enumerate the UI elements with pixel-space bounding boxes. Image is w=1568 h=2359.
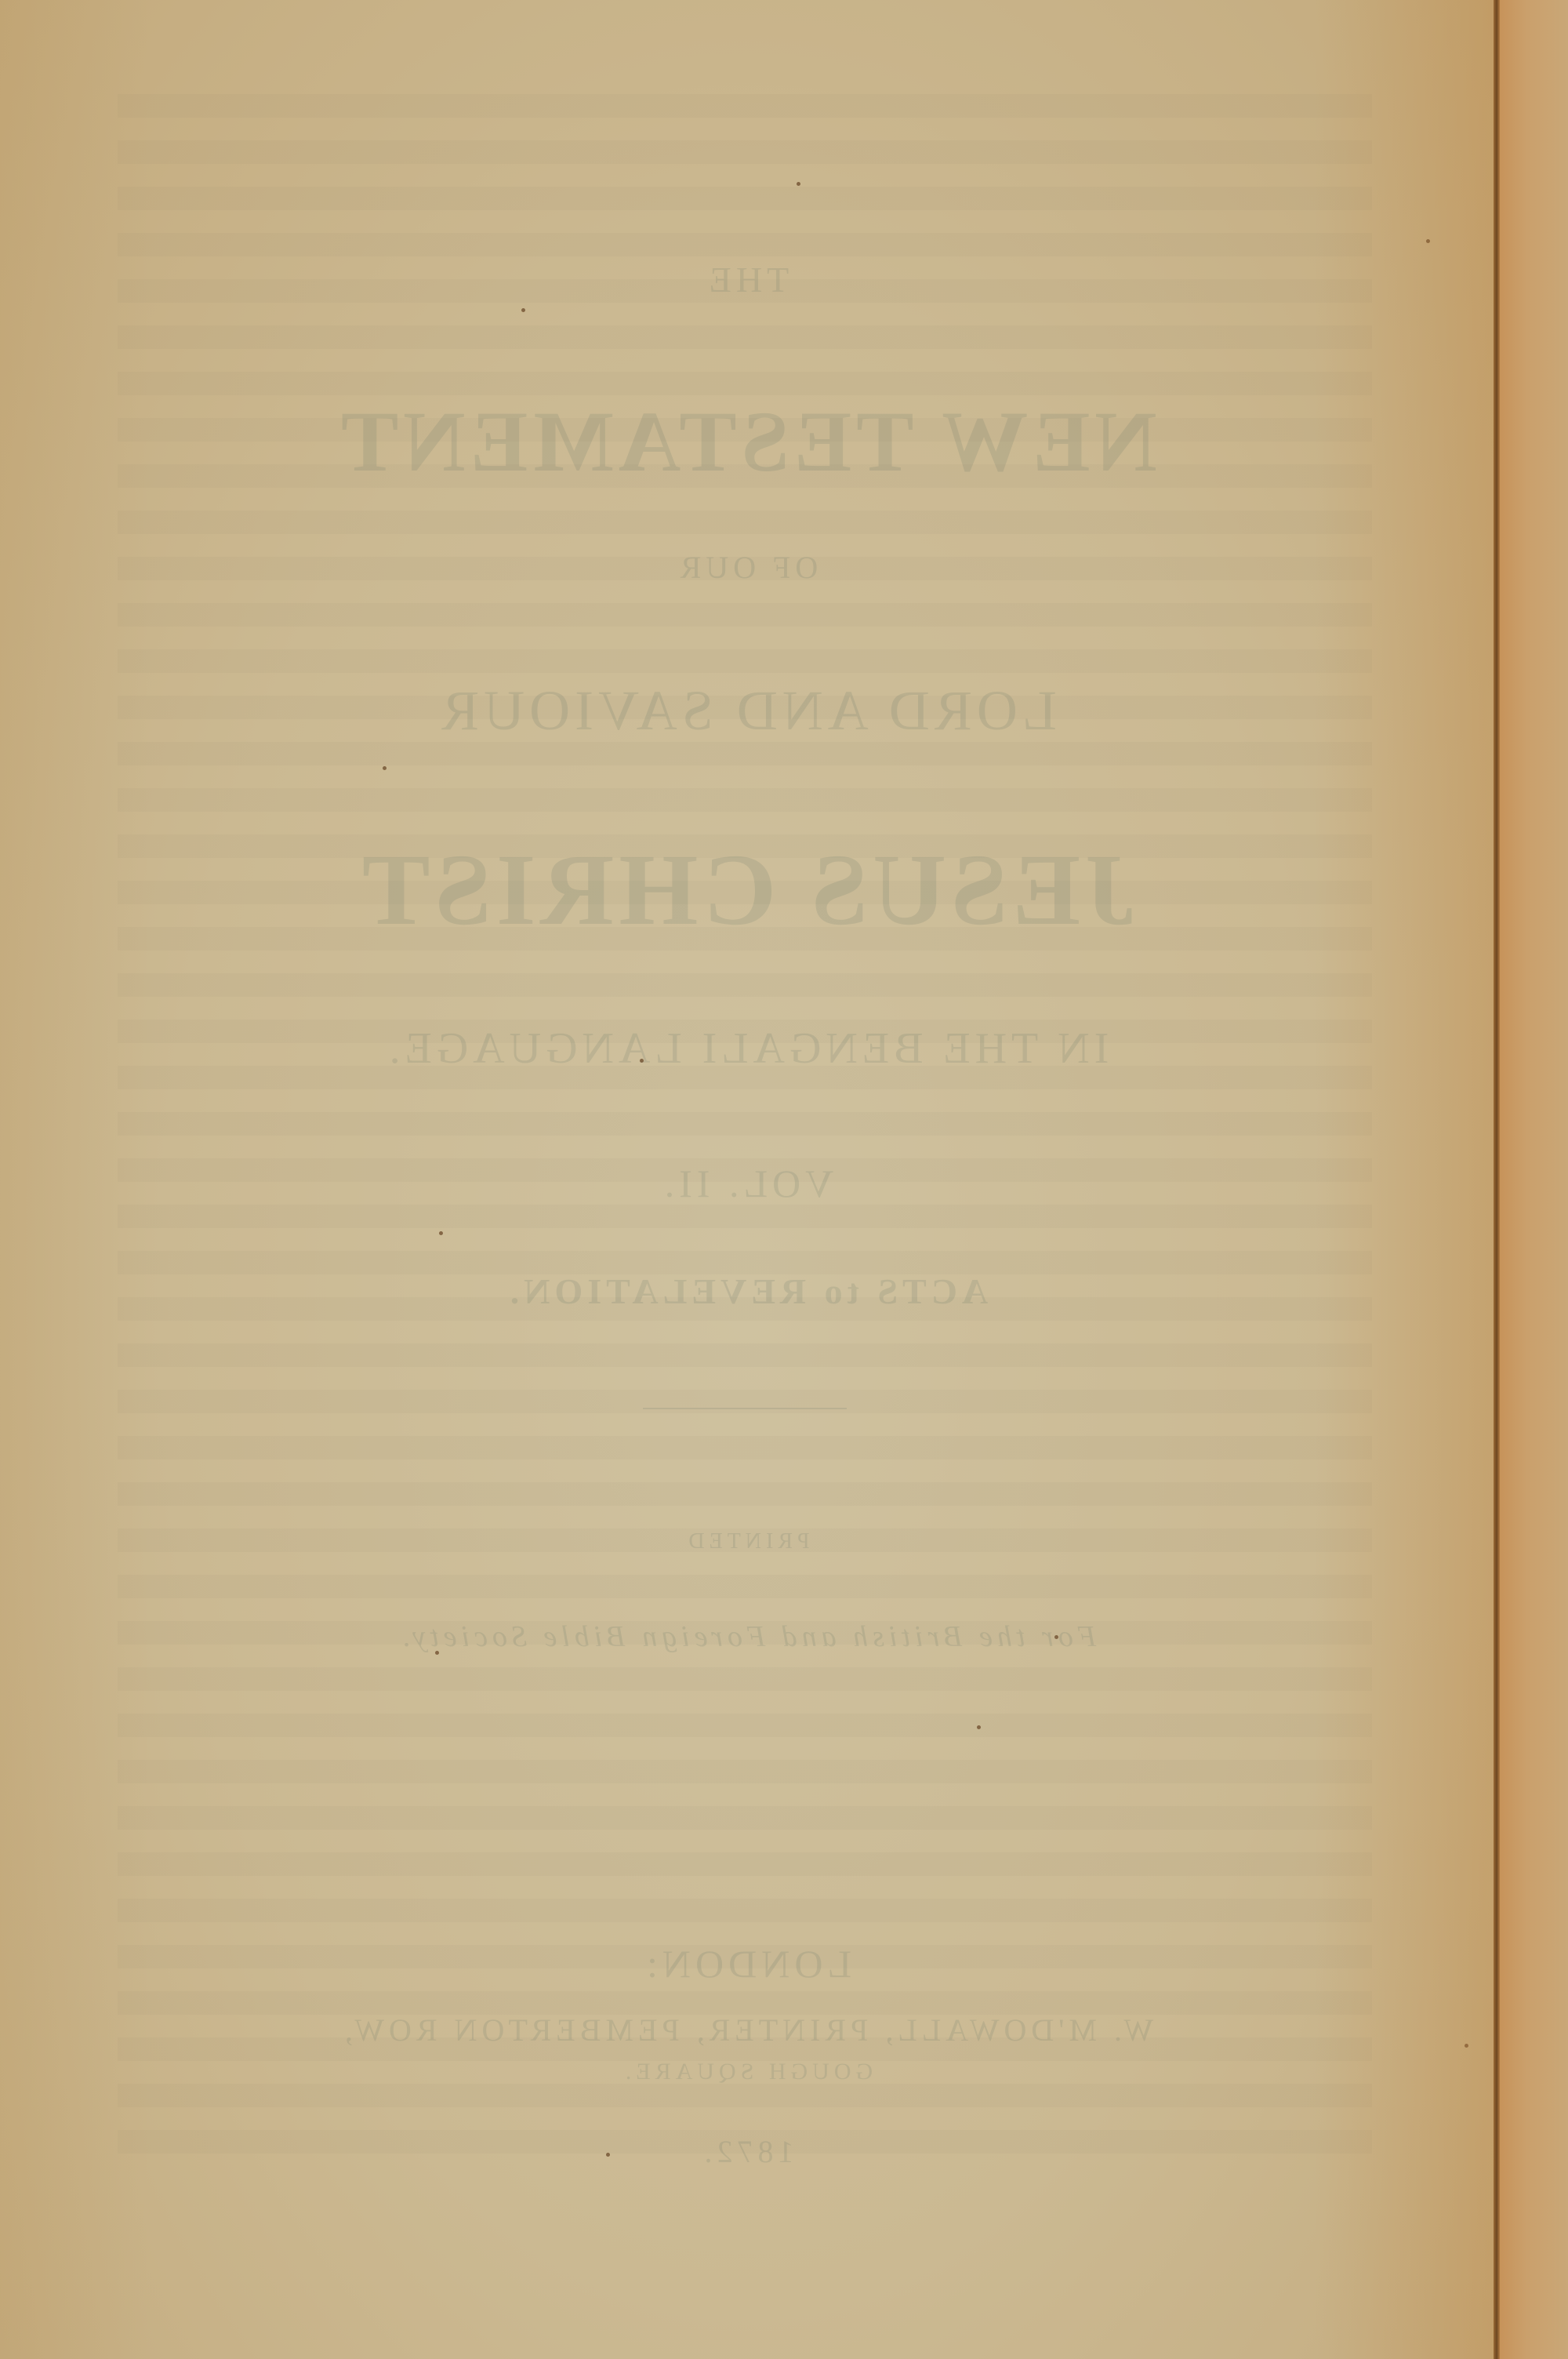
foxing-speck [606, 2153, 610, 2157]
book-page: THE NEW TESTAMENT OF OUR LORD AND SAVIOU… [0, 0, 1494, 2359]
imprint-printer: W. M'DOWALL, PRINTER, PEMBERTON ROW, [0, 2012, 1494, 2048]
adjacent-page-edge [1500, 0, 1568, 2359]
foxing-speck [383, 766, 387, 770]
title-line-of-our: OF OUR [0, 549, 1494, 586]
foxing-speck [1426, 239, 1430, 243]
foxing-speck [640, 1059, 644, 1063]
foxing-speck [977, 1725, 981, 1729]
title-line-jesus-christ: JESUS CHRIST [0, 831, 1494, 949]
title-line-volume: VOL. II. [0, 1161, 1494, 1206]
title-line-the: THE [0, 259, 1494, 300]
foxing-speck [1465, 2044, 1468, 2048]
divider-rule [643, 1408, 847, 1409]
imprint-london: LONDON: [0, 1941, 1494, 1986]
foxing-speck [1054, 1635, 1058, 1639]
foxing-speck [439, 1231, 443, 1235]
title-line-lord-and-saviour: LORD AND SAVIOUR [0, 678, 1494, 743]
title-line-bengali-language: IN THE BENGALI LANGUAGE. [0, 1023, 1494, 1074]
title-line-new-testament: NEW TESTAMENT [0, 392, 1494, 492]
imprint-year: 1872. [0, 2133, 1494, 2170]
foxing-speck [521, 308, 525, 312]
foxing-speck [435, 1651, 439, 1655]
title-line-printed: PRINTED [0, 1529, 1494, 1554]
book-gutter [1494, 0, 1500, 2359]
imprint-gough-square: GOUGH SQUARE. [0, 2059, 1494, 2085]
foxing-speck [797, 182, 800, 186]
title-line-bible-society: For the British and Foreign Bible Societ… [0, 1619, 1494, 1654]
title-line-acts-to-revelation: ACTS to REVELATION. [0, 1270, 1494, 1312]
